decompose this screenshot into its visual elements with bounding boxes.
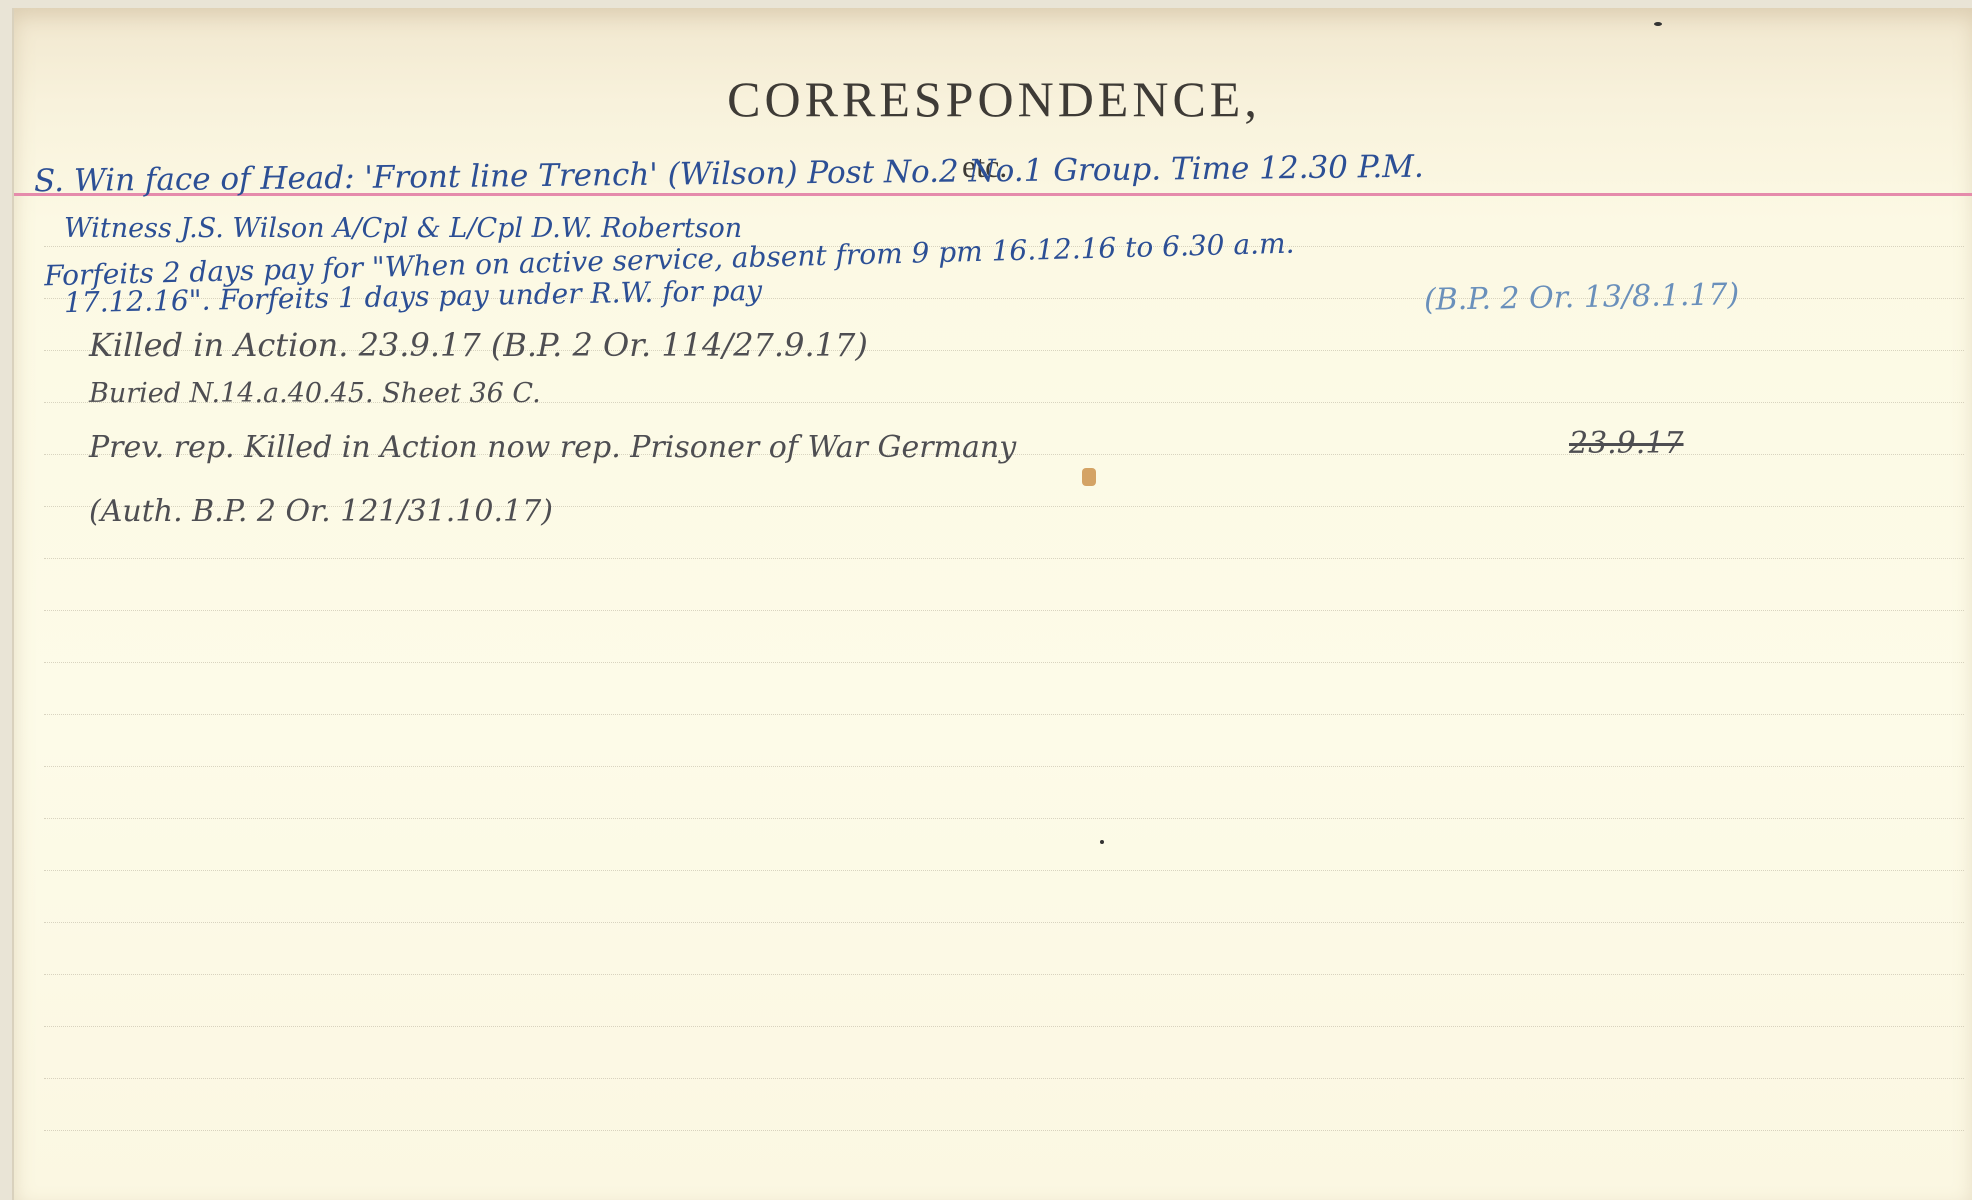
entry-prisoner: Prev. rep. Killed in Action now rep. Pri… (89, 430, 1016, 465)
ruled-line (44, 1130, 1964, 1132)
ruled-line (44, 610, 1964, 612)
ruled-line (44, 974, 1964, 976)
entry-killed: Killed in Action. 23.9.17 (B.P. 2 Or. 11… (89, 326, 868, 364)
ink-speck (1100, 840, 1104, 844)
entry-authority: (Auth. B.P. 2 Or. 121/31.10.17) (89, 494, 553, 529)
ruled-line (44, 766, 1964, 768)
ruled-line (44, 818, 1964, 820)
ruled-line (44, 714, 1964, 716)
card-heading: CORRESPONDENCE, (14, 70, 1972, 128)
ruled-line (44, 922, 1964, 924)
ruled-line (44, 1078, 1964, 1080)
entry-offence: S. Win face of Head: 'Front line Trench'… (34, 149, 1424, 200)
entry-struck-date: 23.9.17 (1569, 426, 1684, 461)
ruled-line (44, 1026, 1964, 1028)
ruled-line (44, 558, 1964, 560)
ink-speck (1654, 22, 1662, 26)
entry-buried: Buried N.14.a.40.45. Sheet 36 C. (89, 378, 541, 409)
correspondence-card: CORRESPONDENCE, etc. S. Win face of Head… (12, 8, 1972, 1200)
paper-stain (1082, 468, 1096, 486)
entry-forfeit-ref: (B.P. 2 Or. 13/8.1.17) (1424, 277, 1740, 317)
ruled-line (44, 662, 1964, 664)
entry-witness: Witness J.S. Wilson A/Cpl & L/Cpl D.W. R… (64, 213, 742, 244)
ruled-line (44, 870, 1964, 872)
